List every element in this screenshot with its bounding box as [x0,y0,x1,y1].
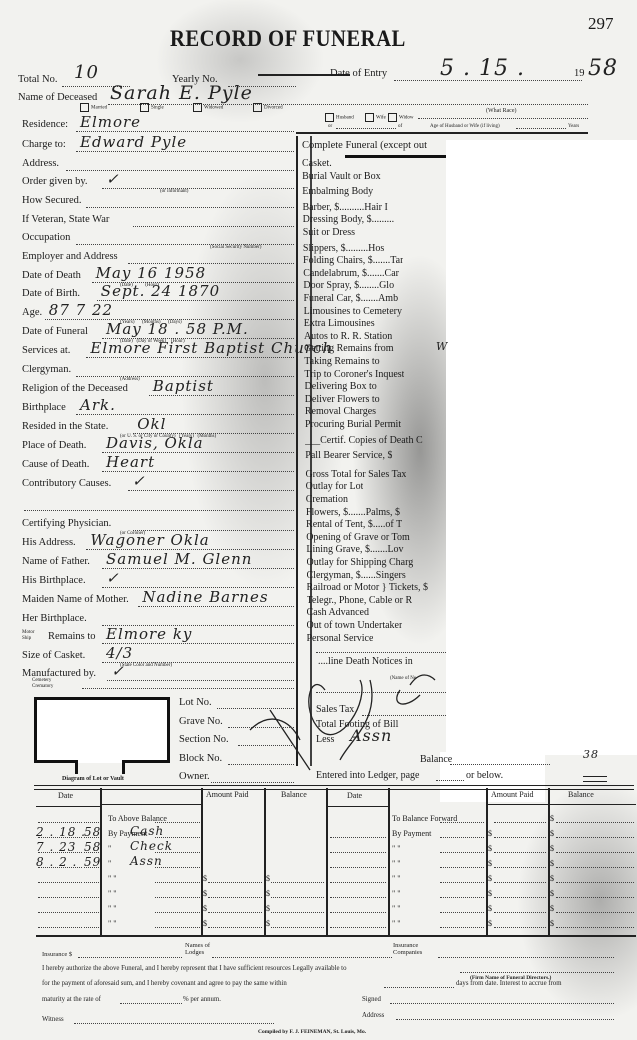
ledger-balance-line [556,927,634,928]
ledger-dollar-sign: $ [550,889,554,898]
ledger-year-value[interactable]: 59 [84,855,101,869]
charge-item: Deliver Flowers to [305,394,380,405]
charges-header: Complete Funeral (except out [302,140,427,151]
cemetery-crematory-label: Cemetery Crematory [32,678,53,690]
field-value[interactable]: 87 7 22 [49,301,113,319]
field-row: Maiden Name of Mother.Nadine Barnes [0,592,296,611]
charge-item: Funeral Car, $.......Amb [304,293,399,304]
ledger-balance-line [271,882,324,883]
ledger-amount-line [208,882,262,883]
ledger-description: " " [108,919,117,928]
ledger-balance-line [556,882,634,883]
field-row: Clergyman.(Address) [0,362,296,381]
spouse-or: or [328,124,332,129]
ledger-balance-line [271,912,324,913]
days-statement: days from date. Interest to accrue from [456,980,562,987]
charge-item: ___Certif. Copies of Death C [305,435,422,446]
witness-label: Witness [42,1016,64,1023]
name-of-deceased-value[interactable]: Sarah E. Pyle [110,82,253,104]
ledger-desc-line [155,927,200,928]
field-prefix: Motor Ship [22,630,35,642]
field-label: Date of Birth. [22,288,80,299]
header-rule [296,132,588,134]
lot-field-line[interactable] [211,782,294,783]
ledger-left-date-rule [36,806,100,807]
name-of-deceased-label: Name of Deceased [18,92,97,103]
ledger-description: " " [392,859,401,868]
ledger-left-amount-header: Amount Paid [206,790,248,799]
field-value[interactable]: Heart [106,453,155,471]
field-label: Her Birthplace. [22,613,87,624]
ledger-amount-line [494,882,546,883]
charges-header-rule [345,155,446,158]
charge-item: Slippers, $.........Hos [303,243,384,254]
ledger-dollar-sign: $ [550,919,554,928]
ledger-description: " " [392,844,401,853]
ledger-desc-line [440,837,484,838]
field-row: Charge to:Edward Pyle [0,137,296,156]
ledger-description: " " [108,874,117,883]
ledger-dollar-sign: $ [550,904,554,913]
ledger-date-line [330,912,386,913]
field-label: Contributory Causes. [22,478,111,489]
field-value[interactable]: Samuel M. Glenn [106,550,252,568]
field-row: Name of Father.Samuel M. Glenn [0,554,296,573]
ledger-page-line [436,780,464,781]
ledger-balance-line [556,867,634,868]
charge-item: Outlay for Lot [306,481,364,492]
ledger-date-line [330,837,386,838]
field-label: Certifying Physician. [22,518,111,529]
ledger-dollar-sign: $ [203,889,207,898]
ledger-dollar-sign: $ [203,874,207,883]
ledger-right-amount-rule [486,804,636,805]
charge-item: Clergyman, $......Singers [307,570,406,581]
balance-double-rule [583,776,607,782]
ledger-amount-line [494,867,546,868]
field-line [76,131,294,132]
checkbox-widow[interactable] [388,113,397,122]
field-line [102,471,294,472]
ledger-dollar-sign: $ [488,859,492,868]
ledger-left-v3 [264,788,266,936]
ledger-handwritten-note[interactable]: Assn [130,854,163,868]
field-value[interactable]: ✓ [106,170,120,188]
days-line [384,987,454,988]
charge-item: Rental of Tent, $.....of T [306,519,402,530]
ledger-balance-line [556,822,634,823]
address-label: Address [362,1012,384,1019]
firm-name-line [460,972,614,973]
ledger-right-date-rule [326,806,388,807]
field-label: Employer and Address [22,251,118,262]
field-value[interactable]: May 16 1958 [96,264,207,282]
ledger-description: " " [392,889,401,898]
field-value[interactable]: 4/3 [106,644,133,662]
field-label: How Secured. [22,195,81,206]
charge-item: Casket. [302,158,332,169]
date-of-entry-year[interactable]: 58 [588,56,618,81]
ledger-handwritten-note[interactable]: Check [130,839,173,853]
year-prefix: 19 [574,68,585,79]
ledger-date-line [38,897,82,898]
signed-line[interactable] [390,1003,614,1004]
ledger-year-line [84,912,99,913]
lot-diagram-box [34,697,170,763]
ledger-year-value[interactable]: 58 [84,825,101,839]
ledger-description: " " [392,874,401,883]
ledger-date-line [330,852,386,853]
page-number: 297 [588,14,614,34]
ledger-amount-line [494,897,546,898]
ledger-dollar-sign: $ [488,874,492,883]
ledger-left-desc-rule [100,804,201,805]
charge-item: Candelabrum, $.......Car [303,268,399,279]
ledger-amount-line [208,927,262,928]
field-line [66,170,294,171]
spouse-line [418,118,588,119]
ledger-desc-line [155,897,200,898]
ledger-desc-line [155,837,200,838]
charge-item: Delivering Box to [305,381,377,392]
lot-diagram-foot-left [34,760,78,763]
field-value[interactable]: Edward Pyle [80,133,187,151]
ledger-dollar-sign: $ [550,874,554,883]
field-value[interactable]: Sept. 24 1870 [101,282,220,300]
ledger-balance-line [556,897,634,898]
checkbox-husband[interactable] [325,113,334,122]
ledger-date-line [330,867,386,868]
diagram-label: Diagram of Lot or Vault [62,776,124,782]
spouse-widow[interactable]: Widow [388,113,414,122]
total-no-label: Total No. [18,74,58,85]
field-value[interactable]: Elmore ky [106,625,192,643]
charge-item: Dressing Body, $......... [303,214,395,225]
ledger-right-v0 [326,788,328,936]
field-row: Religion of the DeceasedBaptist [0,381,296,400]
spouse-husband[interactable]: Husband [325,113,354,122]
ledger-bottom-rule [36,935,636,937]
ledger-amount-line [494,822,546,823]
field-value[interactable]: ✓ [111,662,125,680]
charge-item: Flowers, $.......Palms, $ [306,507,400,518]
ledger-dollar-sign: $ [266,919,270,928]
field-label: Services at. [22,345,70,356]
authorize-statement: I hereby authorize the above Funeral, an… [42,965,346,972]
document-title: RECORD OF FUNERAL [170,26,406,52]
field-line [102,188,294,189]
ledger-dollar-sign: $ [488,904,492,913]
field-line [133,226,294,227]
ledger-top-rule [34,785,634,790]
field-label: Residence: [22,119,68,130]
field-row: Motor ShipRemains toElmore ky [0,629,296,648]
checkbox-wife[interactable] [365,113,374,122]
total-no-value[interactable]: 10 [74,62,99,83]
years-label: Years [568,124,579,129]
ledger-desc-line [155,882,200,883]
ledger-dollar-sign: $ [266,904,270,913]
ledger-dollar-sign: $ [203,904,207,913]
field-line [149,395,294,396]
charge-item: Suit or Dress [303,227,355,238]
field-row: How Secured. [0,193,296,212]
cemetery-line [82,688,294,689]
ledger-amount-line [494,837,546,838]
field-line [128,490,294,491]
field-label: Maiden Name of Mother. [22,594,129,605]
marital-single[interactable]: Single [140,103,164,112]
charge-item: Cash Advanced [307,607,370,618]
ledger-right-amount-header: Amount Paid [491,790,533,799]
ledger-desc-line [440,912,484,913]
field-value[interactable]: Baptist [153,377,214,395]
date-of-entry-value[interactable]: 5 . 15 . [440,56,525,81]
ledger-date-line [330,882,386,883]
ledger-description: " [108,859,111,868]
field-row [0,496,296,515]
ledger-balance-line [556,837,634,838]
ledger-description: " " [108,889,117,898]
ledger-description: By Payment [392,829,431,838]
field-value[interactable]: ✓ [132,472,146,490]
ledger-desc-line [155,822,200,823]
charge-item: Embalming Body [302,186,373,197]
ledger-left-balance-header: Balance [281,790,307,799]
charge-item: Cremation [306,494,348,505]
name-line [108,104,588,105]
field-label: Date of Funeral [22,326,88,337]
field-value[interactable]: Ark. [80,396,116,414]
ledger-desc-line [155,852,200,853]
lot-field-line[interactable] [228,727,294,728]
ledger-year-value[interactable]: 58 [84,840,101,854]
field-value[interactable]: Davis, Okla [106,434,204,452]
charge-item: Railroad or Motor } Tickets, $ [307,582,428,593]
lot-field-label: Grave No. [179,716,223,727]
ledger-year-line [84,897,99,898]
ledger-date-line [330,927,386,928]
field-value[interactable]: May 18 . 58 P.M. [106,320,249,338]
ledger-year-line [84,882,99,883]
per-annum-label: % per annum. [183,996,221,1003]
insurance-line [78,957,182,958]
signed-label: Signed [362,996,381,1003]
balance-line [450,764,550,765]
field-label: His Address. [22,537,76,548]
ledger-date-line [38,927,82,928]
what-race-label: (What Race) [486,108,516,114]
funeral-record-page: 297 RECORD OF FUNERAL Total No. 10 Yearl… [0,0,637,1040]
ledger-amount-line [494,927,546,928]
field-label: Occupation [22,232,70,243]
ledger-date-value[interactable]: 7 . 23 [36,840,76,854]
field-line [97,300,294,301]
charge-item: Removal Charges [305,406,376,417]
ledger-date-line [330,897,386,898]
field-label: Religion of the Deceased [22,383,128,394]
field-label: Name of Father. [22,556,90,567]
ledger-amount-line [208,912,262,913]
field-line [138,606,294,607]
charge-item: Procuring Burial Permit [305,419,401,430]
field-line [86,207,294,208]
field-line [86,357,294,358]
ledger-description: " " [392,919,401,928]
ledger-date-value[interactable]: 2 . 18 . [36,825,86,839]
field-label: If Veteran, State War [22,214,109,225]
ledger-desc-line [155,912,200,913]
marital-widowed[interactable]: Widowed [193,103,223,112]
witness-line[interactable] [74,1023,274,1024]
insurance-companies-label: Insurance Companies [393,942,422,956]
lot-field-line[interactable] [228,764,294,765]
charge-item: Extra Limousines [304,318,375,329]
ledger-amount-line [494,852,546,853]
ledger-desc-line [155,867,200,868]
ledger-right-v1 [388,788,390,936]
ledger-desc-line [440,897,484,898]
ledger-description: " " [392,904,401,913]
charge-item: Personal Service [307,633,374,644]
field-label: Clergyman. [22,364,71,375]
names-of-lodges-label: Names of Lodges [185,942,210,956]
field-value[interactable]: Elmore [80,113,141,131]
ledger-amount-line [494,912,546,913]
entered-ledger-suffix: or below. [466,770,503,781]
charge-item: Opening of Grave or Tom [306,532,410,543]
ledger-date-value[interactable]: 8 . 2 . [36,855,77,869]
charge-item: Telegr., Phone, Cable or R [307,595,413,606]
checkbox-widowed[interactable] [193,103,202,112]
field-row: Services at.Elmore First Baptist Church [0,343,296,362]
ledger-dollar-sign: $ [550,814,554,823]
field-label: His Birthplace. [22,575,86,586]
ledger-left-v2 [201,788,203,936]
checkbox-single[interactable] [140,103,149,112]
field-line [76,151,294,152]
ledger-year-line [84,927,99,928]
field-label: Order given by. [22,176,88,187]
lot-field-line[interactable] [217,708,294,709]
ledger-dollar-sign: $ [488,889,492,898]
ledger-balance-line [556,912,634,913]
checkbox-divorced[interactable] [253,103,262,112]
lot-diagram-post-left [75,760,78,774]
ledger-balance-line [271,897,324,898]
insurance-label: Insurance $ [42,951,72,958]
field-label: Address. [22,158,59,169]
field-value[interactable]: ✓ [106,569,120,587]
field-line [76,414,294,415]
lot-diagram-post-right [122,760,125,774]
ledger-balance-line [271,927,324,928]
checkbox-married[interactable] [80,103,89,112]
ledger-desc-line [440,867,484,868]
ledger-dollar-sign: $ [266,889,270,898]
ledger-date-line [38,912,82,913]
charge-item: Taking Remains to [304,356,379,367]
charge-item: Burial Vault or Box [302,171,380,182]
getting-remains-value[interactable]: W [436,340,448,353]
marital-divorced[interactable]: Divorced [253,103,283,112]
ledger-handwritten-note[interactable]: Cash [130,824,164,838]
field-line [102,568,294,569]
balance-value[interactable]: 38 [583,748,599,761]
field-value[interactable]: Okl [137,415,166,433]
ledger-dollar-sign: $ [488,919,492,928]
ledger-desc-line [440,882,484,883]
ledger-dollar-sign: $ [203,919,207,928]
spouse-wife[interactable]: Wife [365,113,386,122]
ledger-left-date-header: Date [58,791,73,800]
ledger-dollar-sign: $ [266,874,270,883]
ledger-right-balance-header: Balance [568,790,594,799]
ledger-dollar-sign: $ [550,859,554,868]
field-label: Age. [22,307,42,318]
field-label: Remains to [48,631,96,642]
charge-item: Getting Remains from [304,343,393,354]
ledger-dollar-sign: $ [550,844,554,853]
ledger-balance-line [556,852,634,853]
field-row: Contributory Causes.✓ [0,476,296,495]
charge-item: Trip to Coroner's Inquest [304,369,404,380]
compiled-by: Compiled by F. J. FEINEMAN, St. Louis, M… [258,1029,366,1035]
lot-field-label: Lot No. [179,697,212,708]
charge-item: Pall Bearer Service, $ [305,450,392,461]
field-row: Cause of Death.Heart [0,457,296,476]
field-row: Order given by.✓(or informant) [0,174,296,193]
date-of-entry-label: Date of Entry [330,68,387,79]
field-row: Address. [0,156,296,175]
marital-married[interactable]: Married [80,103,107,112]
ledger-description: " [108,844,111,853]
ledger-amount-line [208,897,262,898]
ledger-year-line [84,822,99,823]
maturity-label: maturity at the rate of [42,996,101,1003]
ledger-desc-line [440,927,484,928]
charge-item: Gross Total for Sales Tax [305,469,406,480]
age-spouse-label: Age of Husband or Wife (if living) [430,124,500,129]
lot-field-label: Block No. [179,753,222,764]
age-spouse-line [516,128,566,129]
ledger-dollar-sign: $ [550,829,554,838]
lot-field-label: Section No. [179,734,229,745]
lot-field-line[interactable] [238,745,294,746]
field-line [24,510,294,511]
insurance-companies-line [438,957,614,958]
charge-item: Lining Grave, $.......Lov [306,544,403,555]
field-row: If Veteran, State War [0,212,296,231]
field-label: Resided in the State. [22,421,108,432]
field-value[interactable]: Nadine Barnes [142,588,268,606]
charge-item: Limousines to Cemetery [304,306,402,317]
ledger-dollar-sign: $ [488,829,492,838]
field-label: Birthplace [22,402,66,413]
charge-item: Door Spray, $........Glo [303,280,394,291]
ledger-desc-line [440,822,484,823]
ledger-right-date-header: Date [347,791,362,800]
field-label: Cause of Death. [22,459,89,470]
spouse-or-line [336,128,396,129]
address-line[interactable] [396,1019,614,1020]
charge-item: Autos to R. R. Station [304,331,392,342]
lot-diagram-foot-right [122,760,167,763]
ledger-date-line [38,822,82,823]
charge-item: Barber, $..........Hair I [302,202,387,213]
field-value[interactable]: Wagoner Okla [90,531,209,549]
overlay-patch [446,140,637,755]
